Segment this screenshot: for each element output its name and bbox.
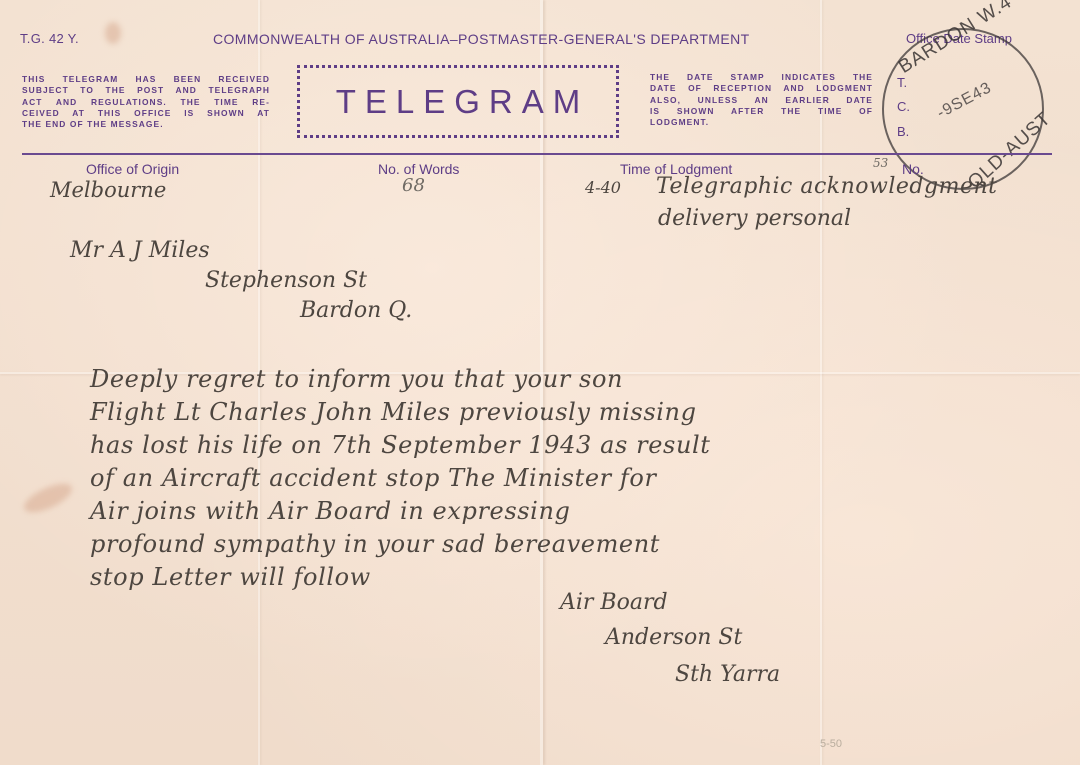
telegram-number-value: 53 <box>873 156 888 170</box>
message-line: of an Aircraft accident stop The Ministe… <box>90 464 657 492</box>
time-of-lodgment-value: 4-40 <box>585 178 621 197</box>
message-line: has lost his life on 7th September 1943 … <box>90 431 711 459</box>
notice-line: ALSO, UNLESS AN EARLIER DATE <box>650 95 873 106</box>
pencil-note: 5-50 <box>820 738 842 750</box>
telegram-title: TELEGRAM <box>327 83 590 121</box>
sender-suburb: Sth Yarra <box>675 662 780 687</box>
message-line: stop Letter will follow <box>90 563 371 591</box>
form-code: T.G. 42 Y. <box>20 31 79 46</box>
notice-line: LODGMENT. <box>650 117 873 128</box>
notice-received: THIS TELEGRAM HAS BEEN RECEIVED SUBJECT … <box>22 74 270 130</box>
stain <box>20 478 76 518</box>
notice-line: ACT AND REGULATIONS. THE TIME RE- <box>22 97 270 108</box>
message-line: Flight Lt Charles John Miles previously … <box>90 398 697 426</box>
no-of-words-value: 68 <box>402 175 425 196</box>
notice-line: THIS TELEGRAM HAS BEEN RECEIVED <box>22 74 270 85</box>
office-of-origin-label: Office of Origin <box>86 161 179 177</box>
notice-line: THE END OF THE MESSAGE. <box>22 119 270 130</box>
office-of-origin-value: Melbourne <box>50 178 166 202</box>
recipient-name: Mr A J Miles <box>70 238 210 263</box>
header-divider <box>22 153 1052 155</box>
telegram-title-box: TELEGRAM <box>297 65 619 138</box>
message-line: profound sympathy in your sad bereavemen… <box>90 530 660 558</box>
sender-name: Air Board <box>560 590 668 615</box>
stain <box>105 22 121 44</box>
notice-line: CEIVED AT THIS OFFICE IS SHOWN AT <box>22 108 270 119</box>
notice-line: SUBJECT TO THE POST AND TELEGRAPH <box>22 85 270 96</box>
notice-line: DATE OF RECEPTION AND LODGMENT <box>650 83 873 94</box>
telegram-document: T.G. 42 Y. COMMONWEALTH OF AUSTRALIA–POS… <box>0 0 1080 765</box>
department-heading: COMMONWEALTH OF AUSTRALIA–POSTMASTER-GEN… <box>213 31 750 47</box>
message-line: Deeply regret to inform you that your so… <box>90 365 623 393</box>
instructions-line-1: Telegraphic acknowledgment <box>656 174 998 199</box>
sender-street: Anderson St <box>605 625 742 650</box>
instructions-line-2: delivery personal <box>658 206 851 231</box>
recipient-suburb: Bardon Q. <box>300 298 412 323</box>
recipient-street: Stephenson St <box>205 268 367 293</box>
message-line: Air joins with Air Board in expressing <box>90 497 570 525</box>
notice-date-stamp: THE DATE STAMP INDICATES THE DATE OF REC… <box>650 72 873 128</box>
notice-line: THE DATE STAMP INDICATES THE <box>650 72 873 83</box>
notice-line: IS SHOWN AFTER THE TIME OF <box>650 106 873 117</box>
